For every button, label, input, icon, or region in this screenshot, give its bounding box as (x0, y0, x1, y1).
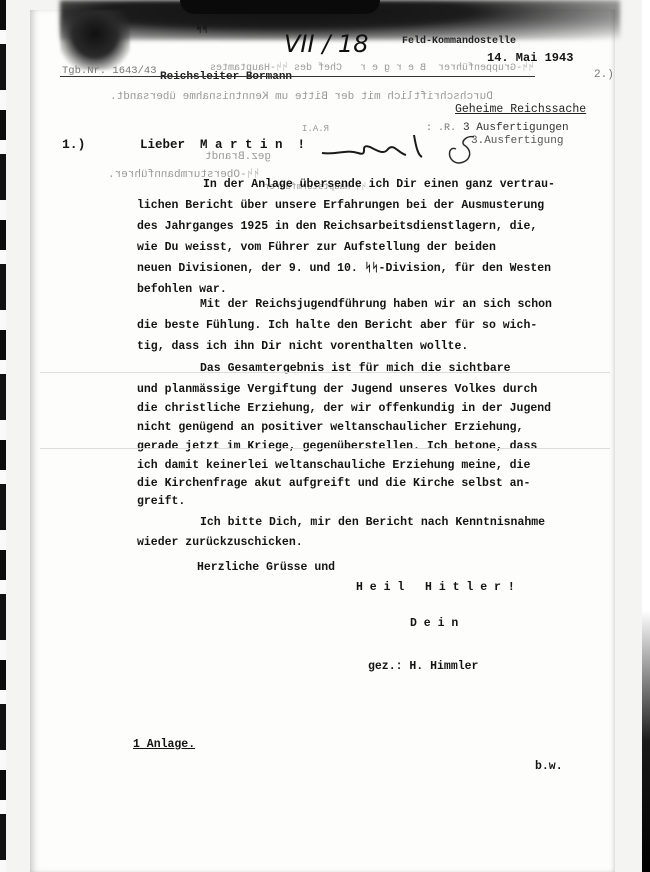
body-line: wie Du weisst, vom Führer zur Aufstellun… (137, 241, 496, 255)
body-line: des Jahrganges 1925 in den Reichsarbeits… (137, 220, 537, 234)
body-line: Das Gesamtergebnis ist für mich die sich… (200, 362, 511, 376)
addressee-overprint: ᛋᛋ-Gruppenführer B e r g e r Chef des ᛋᛋ… (210, 62, 534, 76)
body-line: die beste Fühlung. Ich halte den Bericht… (137, 319, 537, 333)
body-line: Mit der Reichsjugendführung haben wir an… (200, 298, 552, 312)
mirror-transmittal-note: Durchschriftlich mit der Bitte um Kenntn… (110, 90, 493, 104)
closing-greeting: Herzliche Grüsse und (197, 561, 335, 575)
body-line: befohlen war. (137, 283, 227, 297)
margin-number-2: 2.) (594, 68, 614, 82)
filing-mark: VII / 18 (284, 30, 368, 58)
body-line: neuen Divisionen, der 9. und 10. ᛋᛋ-Divi… (137, 262, 551, 276)
body-line: greift. (137, 495, 185, 509)
body-line: gerade jetzt im Kriege, gegenüberstellen… (137, 440, 537, 454)
handwritten-initials-icon (318, 125, 478, 175)
body-line: In der Anlage übersende ich Dir einen ga… (203, 178, 555, 192)
signature: gez.: H. Himmler (368, 660, 478, 674)
closing-dein: D e i n (410, 617, 458, 631)
body-line: und planmässige Vergiftung der Jugend un… (137, 383, 537, 397)
body-line: die Kirchenfrage akut aufgreift und die … (137, 477, 530, 491)
body-line: Ich bitte Dich, mir den Bericht nach Ken… (200, 516, 545, 530)
item-number: 1.) (62, 138, 85, 152)
ss-rune-mark: ᛋᛋ (196, 24, 208, 38)
cc-signature-mirror: gez.Brandt (205, 150, 271, 164)
turn-over-note: b.w. (535, 760, 563, 774)
body-line: nicht genügend an positiver weltanschaul… (137, 421, 523, 435)
scan-stain-corner (60, 10, 130, 70)
copy-number: 3.Ausfertigung (471, 134, 563, 148)
header-location: Feld-Kommandostelle (402, 35, 516, 49)
copies-count: 3 Ausfertigungen (463, 121, 569, 135)
closing-heil: H e i l H i t l e r ! (356, 581, 515, 595)
scan-edge-right (642, 0, 650, 872)
body-line: ich damit keinerlei weltanschauliche Erz… (137, 459, 530, 473)
header-rule (60, 76, 535, 77)
scan-edge-left (0, 0, 6, 872)
body-line: lichen Bericht über unsere Erfahrungen b… (137, 199, 544, 213)
scan-stain-top-dark (180, 0, 380, 14)
enclosure-note: 1 Anlage. (133, 738, 195, 752)
body-line: wieder zurückzuschicken. (137, 536, 303, 550)
body-line: die christliche Erziehung, der wir offen… (137, 402, 551, 416)
scan-crease (40, 372, 610, 373)
classification-label: Geheime Reichssache (455, 103, 586, 117)
body-line: tig, dass ich ihn Dir nicht vorenthalten… (137, 340, 468, 354)
scan-crease (40, 448, 610, 449)
